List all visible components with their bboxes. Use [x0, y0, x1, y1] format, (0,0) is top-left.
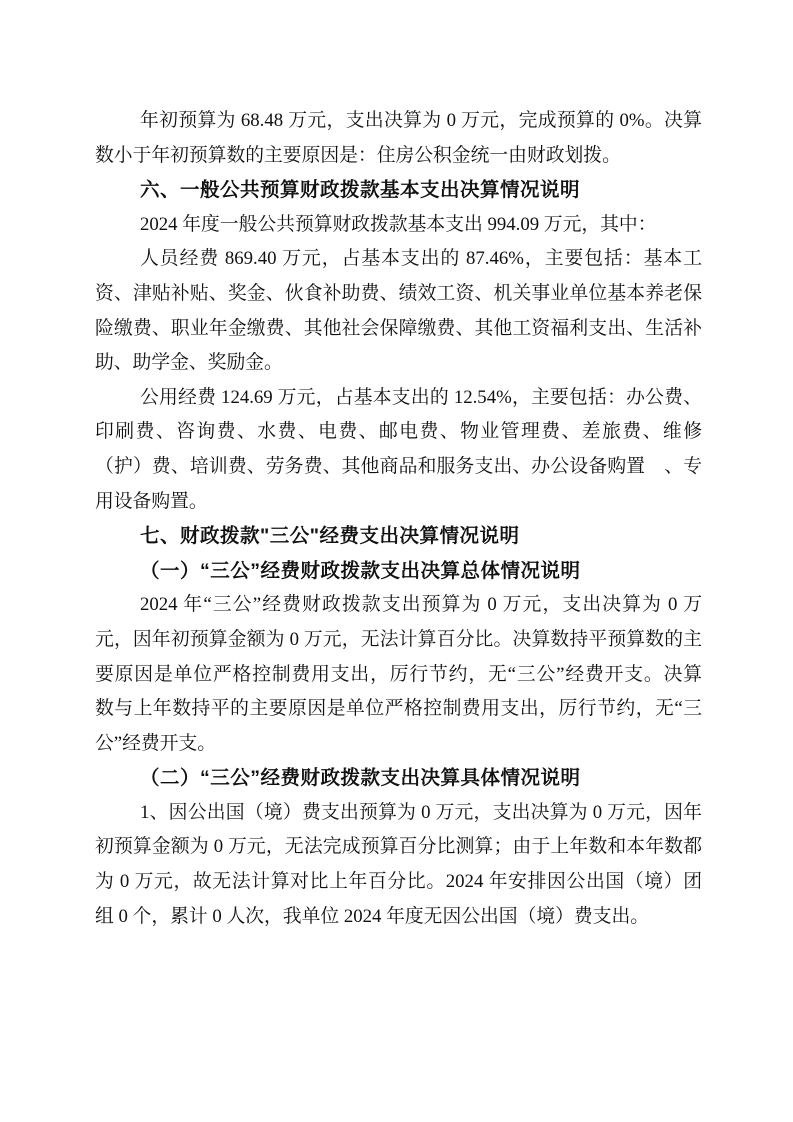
- subsection-heading-2: （二）“三公”经费财政拨款支出决算具体情况说明: [95, 761, 702, 796]
- paragraph-line: 用设备购置。: [95, 485, 702, 520]
- document-page: 年初预算为 68.48 万元，支出决算为 0 万元，完成预算的 0%。决算 数小…: [0, 0, 793, 1122]
- paragraph-line: 年初预算为 68.48 万元，支出决算为 0 万元，完成预算的 0%。决算: [95, 104, 702, 139]
- paragraph-line: 助、助学金、奖励金。: [95, 346, 702, 381]
- paragraph-line: 2024 年“三公”经费财政拨款支出预算为 0 万元，支出决算为 0 万: [95, 588, 702, 623]
- paragraph-line: （护）费、培训费、劳务费、其他商品和服务支出、办公设备购置 、专: [95, 450, 702, 485]
- paragraph-line: 人员经费 869.40 万元，占基本支出的 87.46%，主要包括：基本工: [95, 242, 702, 277]
- paragraph-line: 公用经费 124.69 万元，占基本支出的 12.54%，主要包括：办公费、: [95, 381, 702, 416]
- paragraph-line: 印刷费、咨询费、水费、电费、邮电费、物业管理费、差旅费、维修: [95, 415, 702, 450]
- paragraph-line: 数小于年初预算数的主要原因是：住房公积金统一由财政划拨。: [95, 139, 702, 174]
- paragraph-line: 元，因年初预算金额为 0 万元，无法计算百分比。决算数持平预算数的主: [95, 623, 702, 658]
- paragraph-line: 2024 年度一般公共预算财政拨款基本支出 994.09 万元，其中：: [95, 208, 702, 243]
- paragraph-line: 组 0 个，累计 0 人次，我单位 2024 年度无因公出国（境）费支出。: [95, 900, 702, 935]
- paragraph-line: 数与上年数持平的主要原因是单位严格控制费用支出，厉行节约，无“三: [95, 692, 702, 727]
- paragraph-line: 要原因是单位严格控制费用支出，厉行节约，无“三公”经费开支。决算: [95, 658, 702, 693]
- paragraph-line: 公”经费开支。: [95, 727, 702, 762]
- document-content: 年初预算为 68.48 万元，支出决算为 0 万元，完成预算的 0%。决算 数小…: [95, 104, 702, 934]
- paragraph-line: 险缴费、职业年金缴费、其他社会保障缴费、其他工资福利支出、生活补: [95, 312, 702, 347]
- paragraph-line: 1、因公出国（境）费支出预算为 0 万元，支出决算为 0 万元，因年: [95, 796, 702, 831]
- paragraph-line: 初预算金额为 0 万元，无法完成预算百分比测算；由于上年数和本年数都: [95, 830, 702, 865]
- subsection-heading-1: （一）“三公”经费财政拨款支出决算总体情况说明: [95, 554, 702, 589]
- paragraph-line: 为 0 万元，故无法计算对比上年百分比。2024 年安排因公出国（境）团: [95, 865, 702, 900]
- paragraph-line: 资、津贴补贴、奖金、伙食补助费、绩效工资、机关事业单位基本养老保: [95, 277, 702, 312]
- section-heading-6: 六、一般公共预算财政拨款基本支出决算情况说明: [95, 173, 702, 208]
- section-heading-7: 七、财政拨款"三公"经费支出决算情况说明: [95, 519, 702, 554]
